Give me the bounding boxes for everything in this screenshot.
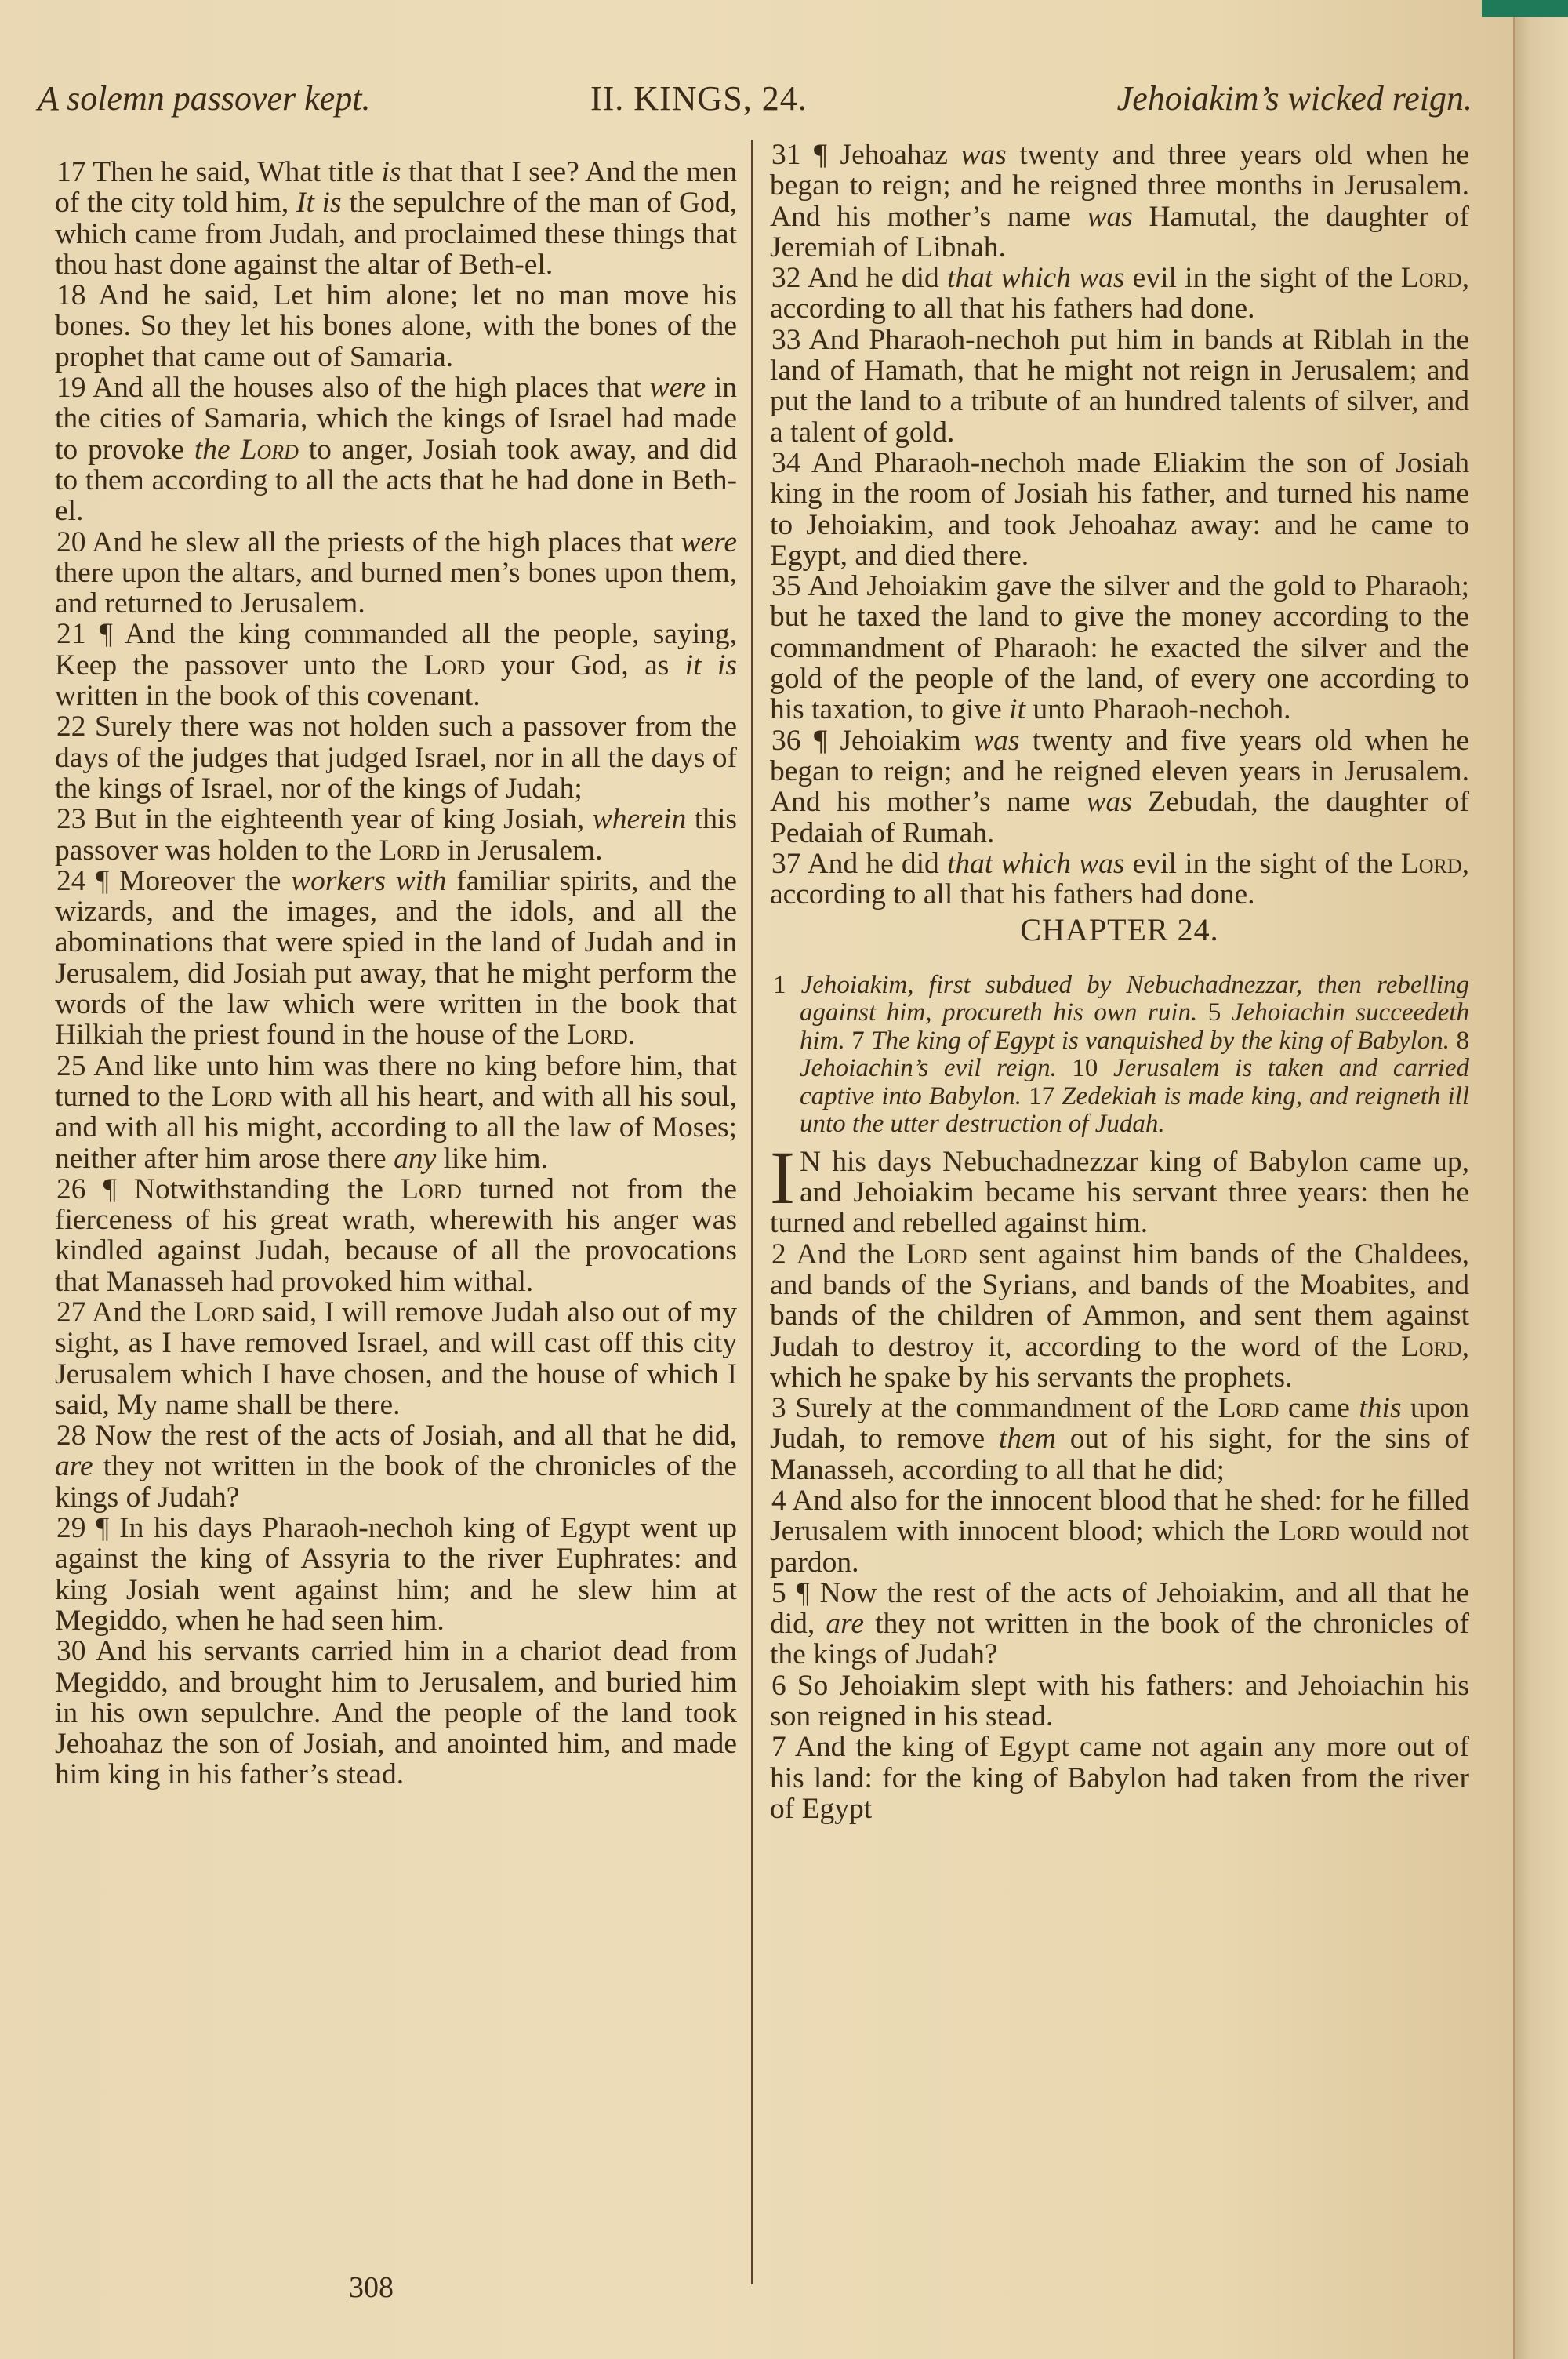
verses-chapter-24: 2 And the Lord sent against him bands of… xyxy=(770,1239,1469,1825)
chapter-summary: 1 Jehoiakim, first subdued by Nebuchadne… xyxy=(770,972,1469,1139)
verse-text: Surely at the commandment of the Lord ca… xyxy=(770,1392,1469,1486)
verse-31: 31 ¶ Jehoahaz was twenty and three years… xyxy=(770,140,1469,263)
verse-number: 21 xyxy=(55,618,100,650)
verse-number: 5 xyxy=(770,1577,797,1609)
verse-5: 5 ¶ Now the rest of the acts of Jehoiaki… xyxy=(770,1578,1469,1670)
verse-19: 19 And all the houses also of the high p… xyxy=(55,373,737,526)
verse-text: In his days Pharaoh-nechoh king of Egypt… xyxy=(55,1512,737,1637)
verse-22: 22 Surely there was not holden such a pa… xyxy=(55,711,737,804)
page-number: 308 xyxy=(349,2270,394,2305)
pilcrow-icon: ¶ xyxy=(96,1512,119,1544)
verse-20: 20 And he slew all the priests of the hi… xyxy=(55,527,737,620)
verse-text: And the king of Egypt came not again any… xyxy=(770,1731,1469,1825)
verse-number: 22 xyxy=(55,711,95,743)
verse-number: 34 xyxy=(770,447,811,479)
verse-number: 2 xyxy=(770,1238,797,1270)
verse-21: 21 ¶ And the king commanded all the peop… xyxy=(55,619,737,711)
verse-number: 6 xyxy=(770,1670,797,1702)
left-column: 17 Then he said, What title is that that… xyxy=(55,157,737,1790)
pilcrow-icon: ¶ xyxy=(100,618,125,650)
first-verse-text: N his days Nebuchadnezzar king of Babylo… xyxy=(770,1146,1469,1240)
verse-35: 35 And Jehoiakim gave the silver and the… xyxy=(770,571,1469,725)
verse-text: And Pharaoh-nechoh put him in bands at R… xyxy=(770,324,1469,449)
chapter-heading: CHAPTER 24. xyxy=(770,914,1469,945)
verse-number: 32 xyxy=(770,262,808,294)
verse-number: 17 xyxy=(55,156,93,188)
pilcrow-icon: ¶ xyxy=(103,1173,134,1205)
verse-number: 7 xyxy=(770,1731,795,1763)
verse-18: 18 And he said, Let him alone; let no ma… xyxy=(55,280,737,373)
verse-number: 4 xyxy=(770,1485,792,1517)
verse-text: And all the houses also of the high plac… xyxy=(55,372,737,527)
verse-text: Jehoiakim was twenty and five years old … xyxy=(770,725,1469,849)
verse-text: And he did that which was evil in the si… xyxy=(770,262,1469,325)
verse-number: 29 xyxy=(55,1512,96,1544)
cover-corner xyxy=(1482,0,1568,17)
verse-3: 3 Surely at the commandment of the Lord … xyxy=(770,1393,1469,1485)
verse-text: And Jehoiakim gave the silver and the go… xyxy=(770,570,1469,725)
verse-number: 30 xyxy=(55,1635,96,1667)
verse-text: And he said, Let him alone; let no man m… xyxy=(55,279,737,373)
verse-36: 36 ¶ Jehoiakim was twenty and five years… xyxy=(770,725,1469,849)
pilcrow-icon: ¶ xyxy=(797,1577,820,1609)
verse-text: And Pharaoh-nechoh made Eliakim the son … xyxy=(770,447,1469,572)
verse-29: 29 ¶ In his days Pharaoh-nechoh king of … xyxy=(55,1513,737,1636)
verse-text: But in the eighteenth year of king Josia… xyxy=(55,803,737,866)
verse-number: 26 xyxy=(55,1173,103,1205)
pilcrow-icon: ¶ xyxy=(96,865,119,897)
verse-text: Notwithstanding the Lord turned not from… xyxy=(55,1173,737,1298)
verse-2: 2 And the Lord sent against him bands of… xyxy=(770,1239,1469,1393)
verse-number: 23 xyxy=(55,803,94,835)
verse-32: 32 And he did that which was evil in the… xyxy=(770,263,1469,325)
verse-number: 28 xyxy=(55,1419,95,1452)
right-column: 31 ¶ Jehoahaz was twenty and three years… xyxy=(770,140,1469,1824)
verse-text: And he did that which was evil in the si… xyxy=(770,848,1469,911)
verse-number: 31 xyxy=(770,139,814,171)
verse-number: 3 xyxy=(770,1392,795,1424)
running-head: A solemn passover kept. II. KINGS, 24. J… xyxy=(38,78,1472,125)
column-divider xyxy=(751,140,753,2284)
verse-number: 36 xyxy=(770,725,814,757)
verse-text: And the king commanded all the people, s… xyxy=(55,618,737,712)
verse-text: And also for the innocent blood that he … xyxy=(770,1485,1469,1579)
verse-text: Then he said, What title is that that I … xyxy=(55,156,737,281)
verse-text: And the Lord sent against him bands of t… xyxy=(770,1238,1469,1394)
verse-27: 27 And the Lord said, I will remove Juda… xyxy=(55,1297,737,1420)
verse-text: And the Lord said, I will remove Judah a… xyxy=(55,1296,737,1421)
verse-number: 25 xyxy=(55,1050,93,1082)
verse-33: 33 And Pharaoh-nechoh put him in bands a… xyxy=(770,325,1469,448)
running-head-left: A solemn passover kept. xyxy=(38,78,370,118)
verse-text: And he slew all the priests of the high … xyxy=(55,526,737,620)
verse-number: 35 xyxy=(770,570,808,602)
verse-number: 27 xyxy=(55,1296,92,1329)
verse-text: Jehoahaz was twenty and three years old … xyxy=(770,139,1469,264)
chapter-first-verse: IN his days Nebuchadnezzar king of Babyl… xyxy=(770,1147,1469,1239)
verse-text: Now the rest of the acts of Jehoiakim, a… xyxy=(770,1577,1469,1671)
verse-17: 17 Then he said, What title is that that… xyxy=(55,157,737,280)
pilcrow-icon: ¶ xyxy=(814,725,840,757)
verse-text: And his servants carried him in a chario… xyxy=(55,1635,737,1790)
verse-4: 4 And also for the innocent blood that h… xyxy=(770,1485,1469,1578)
verse-text: So Jehoiakim slept with his fathers: and… xyxy=(770,1670,1469,1732)
verse-text: Surely there was not holden such a passo… xyxy=(55,711,737,805)
verse-28: 28 Now the rest of the acts of Josiah, a… xyxy=(55,1420,737,1513)
verse-23: 23 But in the eighteenth year of king Jo… xyxy=(55,804,737,866)
verse-24: 24 ¶ Moreover the workers with familiar … xyxy=(55,866,737,1051)
verse-7: 7 And the king of Egypt came not again a… xyxy=(770,1732,1469,1824)
pilcrow-icon: ¶ xyxy=(814,139,840,171)
verse-number: 24 xyxy=(55,865,96,897)
verse-34: 34 And Pharaoh-nechoh made Eliakim the s… xyxy=(770,448,1469,571)
verse-number: 19 xyxy=(55,372,93,404)
verse-26: 26 ¶ Notwithstanding the Lord turned not… xyxy=(55,1174,737,1297)
verse-text: Now the rest of the acts of Josiah, and … xyxy=(55,1419,737,1514)
verse-number: 33 xyxy=(770,324,809,356)
verse-6: 6 So Jehoiakim slept with his fathers: a… xyxy=(770,1670,1469,1732)
verse-number: 18 xyxy=(55,279,98,311)
verse-text: Moreover the workers with familiar spiri… xyxy=(55,865,737,1051)
drop-cap: I xyxy=(770,1148,795,1208)
verse-25: 25 And like unto him was there no king b… xyxy=(55,1051,737,1174)
verse-number: 37 xyxy=(770,848,808,880)
running-head-book-chapter: II. KINGS, 24. xyxy=(590,78,808,118)
running-head-right: Jehoiakim’s wicked reign. xyxy=(1117,78,1472,118)
verse-30: 30 And his servants carried him in a cha… xyxy=(55,1636,737,1790)
verse-number: 20 xyxy=(55,526,92,558)
verse-text: And like unto him was there no king befo… xyxy=(55,1050,737,1175)
page-edge xyxy=(1513,0,1568,2359)
verses-chapter-23-end: 31 ¶ Jehoahaz was twenty and three years… xyxy=(770,140,1469,910)
verse-37: 37 And he did that which was evil in the… xyxy=(770,849,1469,911)
